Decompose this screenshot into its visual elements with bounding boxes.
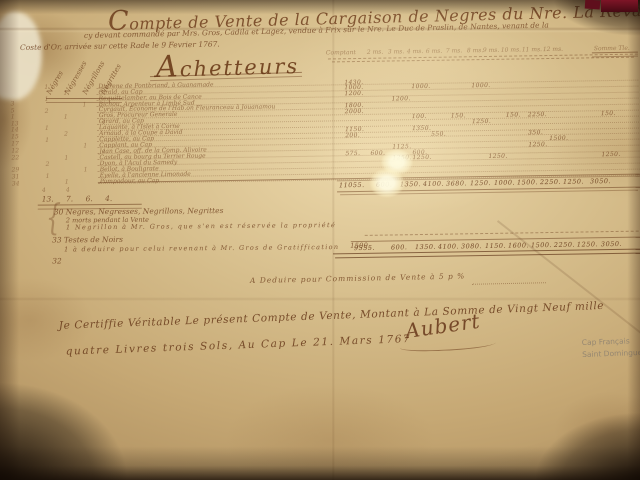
flash-glare [0,0,640,480]
red-object-top-edge-2 [601,0,638,12]
photo-of-manuscript: Compte de Vente de la Cargaison de Negre… [0,0,640,480]
red-object-top-edge [585,0,601,10]
manuscript-paper: Compte de Vente de la Cargaison de Negre… [0,0,640,480]
